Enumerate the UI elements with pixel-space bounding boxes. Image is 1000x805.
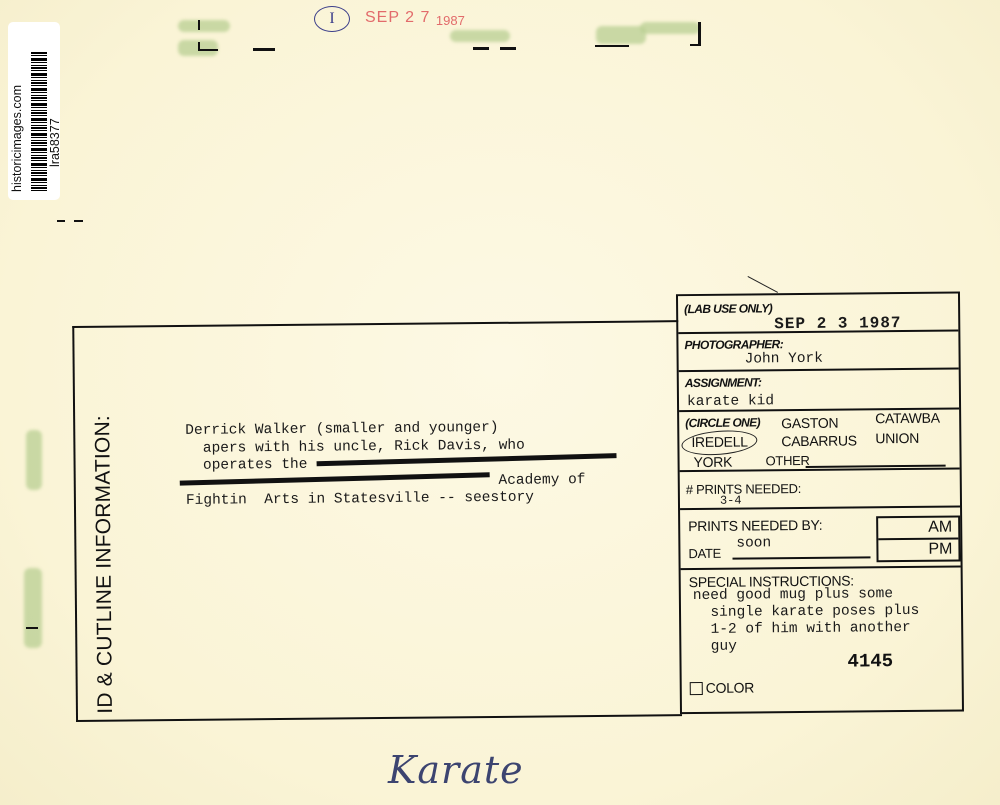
redaction-strikeout [180,472,490,485]
special-instructions-cell: SPECIAL INSTRUCTIONS: need good mug plus… [681,567,962,710]
date-value: soon [736,535,771,551]
prints-needed-cell: # PRINTS NEEDED: 3-4 [680,469,960,510]
instruction-line: need good mug plus some [693,586,893,604]
photo-request-form: ID & CUTLINE INFORMATION: Derrick Walker… [72,291,962,713]
lab-details-box: (LAB USE ONLY) SEP 2 3 1987 PHOTOGRAPHER… [676,291,964,714]
crop-mark [473,47,489,50]
photo-back-paper: historicimages.com lra58377 I SEP 2 7 19… [0,0,1000,805]
prints-needed-value: 3-4 [720,494,742,508]
crop-mark [500,47,516,50]
job-number: 4145 [847,650,893,672]
cutline-box: ID & CUTLINE INFORMATION: Derrick Walker… [72,320,682,722]
tape-residue [450,30,510,42]
tape-residue [640,22,700,34]
caption-line: Derrick Walker (smaller and younger) [185,420,498,439]
tape-residue [178,20,230,32]
county-gaston: GASTON [781,415,838,432]
photographer-label: PHOTOGRAPHER: [684,337,783,352]
barcode-code-text: lra58377 [48,47,62,167]
crop-mark [690,44,700,46]
crop-mark [253,48,275,51]
crop-mark [57,220,65,222]
pm-option[interactable]: PM [878,540,958,561]
circle-one-label: (CIRCLE ONE) [685,415,760,430]
received-date-year: 1987 [436,13,465,28]
color-checkbox[interactable] [690,682,703,695]
tape-residue [596,26,646,44]
date-line [733,556,871,559]
caption-line: Academy of [490,472,586,489]
lab-date-stamp: SEP 2 3 1987 [774,314,901,333]
crop-mark [198,49,218,51]
county-catawba: CATAWBA [875,410,940,427]
photographer-cell: PHOTOGRAPHER: John York [678,331,958,372]
pencil-stroke [748,276,778,293]
crop-mark [26,627,38,629]
county-union: UNION [875,430,919,446]
cutline-section-title: ID & CUTLINE INFORMATION: [91,415,118,714]
crop-mark [74,220,83,222]
county-other-label: OTHER [766,453,810,468]
instruction-line: 1-2 of him with another [693,620,911,638]
other-county-line [806,465,946,468]
barcode-site-text: historicimages.com [10,32,24,192]
caption-line: apers with his uncle, Rick Davis, who [185,437,524,456]
assignment-value: karate kid [687,393,774,410]
handwritten-note: Karate [388,748,524,792]
county-cabarrus: CABARRUS [781,432,857,449]
date-label: DATE [688,546,721,561]
county-iredell: IREDELL [691,434,747,451]
caption-line: operates the [186,457,317,474]
tape-residue [26,430,42,490]
received-date-month-day: SEP 2 7 [365,9,430,26]
instruction-line: guy [693,639,737,655]
crop-mark [198,20,200,30]
instruction-line: single karate poses plus [693,603,919,621]
prints-needed-by-cell: PRINTS NEEDED BY: DATE soon AM PM [680,507,961,570]
assignment-label: ASSIGNMENT: [685,375,762,390]
county-york: YORK [694,454,733,470]
tape-residue [24,568,42,648]
received-date-stamp: SEP 2 7 1987 [365,9,465,28]
special-instructions-text: need good mug plus some single karate po… [693,586,920,656]
assignment-cell: ASSIGNMENT: karate kid [679,369,959,412]
circled-letter-stamp: I [314,6,350,32]
lab-use-cell: (LAB USE ONLY) SEP 2 3 1987 [678,293,958,334]
county-cell: (CIRCLE ONE) IREDELL GASTON CATAWBA CABA… [679,409,960,472]
caption-line: Fightin Arts in Statesville -- seestory [186,490,534,509]
barcode-icon [31,52,47,192]
crop-mark [698,22,701,46]
color-label: COLOR [706,679,754,695]
barcode-label: historicimages.com lra58377 [8,22,60,200]
prints-needed-by-label: PRINTS NEEDED BY: [688,517,822,534]
photographer-value: John York [745,351,823,368]
am-pm-selector[interactable]: AM PM [876,515,960,562]
cutline-caption: Derrick Walker (smaller and younger) ape… [185,419,616,511]
crop-mark [595,45,629,47]
lab-use-label: (LAB USE ONLY) [684,301,772,316]
am-option[interactable]: AM [878,518,958,541]
prints-needed-label: # PRINTS NEEDED: [686,481,801,497]
